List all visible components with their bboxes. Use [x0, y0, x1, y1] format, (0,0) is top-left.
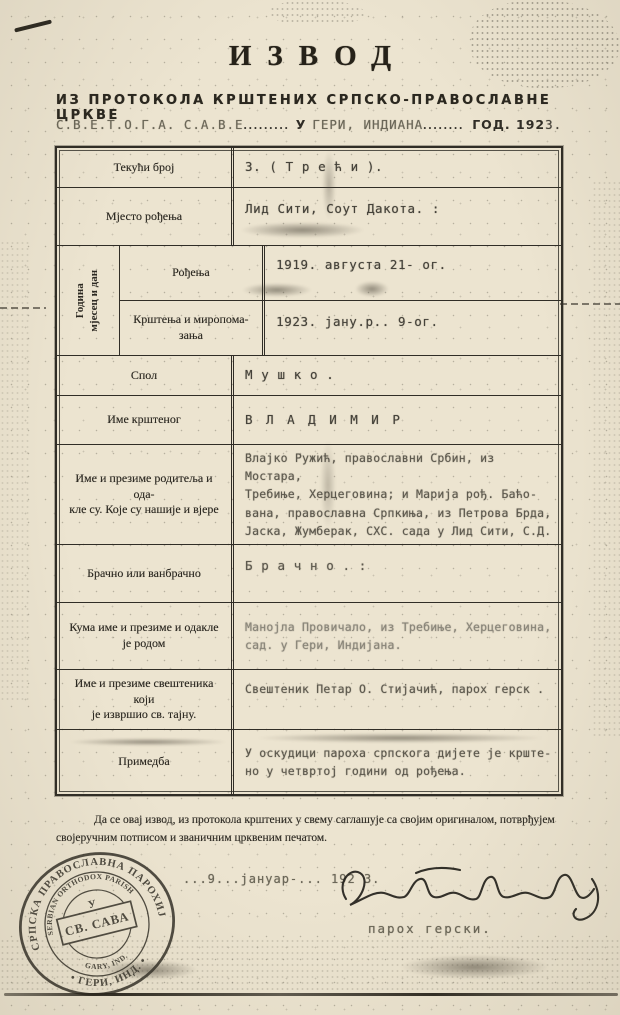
ghost-text-smudge [242, 283, 312, 297]
fold-mark [0, 307, 46, 309]
fold-mark [560, 303, 620, 305]
row-label: Брачно или ванбрачно [57, 545, 231, 602]
scan-noise-cluster [270, 0, 365, 26]
ink-streak [320, 440, 336, 530]
row-label: Спол [57, 356, 231, 395]
certification-statement: Да се овај извод, из протокола крштених … [56, 812, 584, 848]
year-label: ГОД. 192 [472, 117, 545, 132]
ghost-text-smudge [240, 222, 365, 238]
row-label: Рођења [120, 246, 263, 300]
row-value: Манојла Провичало, из Требиње, Херцегови… [231, 603, 561, 669]
table-row-sex: Спол М у ш к о . [57, 356, 561, 396]
row-group-label-cell: Година мјесец и дан [57, 246, 120, 355]
table-row-priest: Име и презиме свештеника који је извршио… [57, 670, 561, 730]
row-label: Кума име и презиме и одакле је родом [57, 603, 231, 669]
scribble-smudge [68, 738, 228, 746]
table-row-group-dates: Година мјесец и дан Рођења 1919. августа… [57, 246, 561, 356]
table-row-birth-date: Рођења 1919. августа 21- ог. [120, 246, 561, 301]
ghost-text-smudge [355, 281, 389, 297]
certificate-table: Текући број 3. ( Т р е ћ и ). Мјесто рођ… [55, 146, 563, 796]
dotted-leader: ......... [244, 118, 290, 133]
scan-noise-cluster [592, 180, 620, 740]
table-row-wedlock: Брачно или ванбрачно Б р а ч н о . : [57, 545, 561, 603]
preposition-u: У [296, 117, 307, 132]
row-group-label: Година мјесец и дан [74, 270, 102, 332]
table-row-baptism-date: Крштења и миропома- зања 1923. јану.р.. … [120, 301, 561, 355]
place-typed: ГЕРИ, ИНДИАНА [312, 117, 423, 132]
pen-stroke-mark [14, 19, 52, 32]
table-row-current-number: Текући број 3. ( Т р е ћ и ). [57, 148, 561, 188]
church-and-year-line: С.В.Е.Т.О.Г.А. С.А.В.Е ......... У ГЕРИ,… [56, 117, 586, 133]
scan-fold-line [4, 993, 618, 996]
scan-noise-cluster [470, 0, 620, 88]
dotted-leader: ........ [423, 118, 464, 133]
row-value: В Л А Д И М И Р [231, 396, 561, 444]
church-name-typed: С.В.Е.Т.О.Г.А. С.А.В.Е [56, 117, 244, 132]
row-label: Текући број [57, 148, 231, 187]
table-row-godparent: Кума име и презиме и одакле је родом Ман… [57, 603, 561, 670]
scribble-smudge [255, 733, 545, 743]
row-label: Име и презиме свештеника који је извршио… [57, 670, 231, 729]
row-label: Мјесто рођења [57, 188, 231, 245]
scan-noise-cluster [0, 240, 30, 700]
bottom-smudge [400, 955, 550, 979]
row-group-subrows: Рођења 1919. августа 21- ог. Крштења и м… [120, 246, 561, 355]
table-row-baptized-name: Име крштеног В Л А Д И М И Р [57, 396, 561, 445]
table-row-parents: Име и презиме родитеља и ода- кле су. Ко… [57, 445, 561, 545]
church-stamp: СРПСКА ПРАВОСЛАВНА ПАРОХИЈА • ГЕРИ, ИНД.… [10, 846, 184, 998]
year-typed: 3. [545, 117, 562, 132]
row-value: М у ш к о . [231, 356, 561, 395]
row-value: Б р а ч н о . : [231, 545, 561, 602]
ink-streak [322, 150, 336, 220]
priest-signature [330, 853, 610, 933]
row-label: Крштења и миропома- зања [120, 301, 263, 355]
row-value: Свештеник Петар О. Стијачић, парох герск… [231, 670, 561, 729]
baptism-certificate-scan: ИЗВОД ИЗ ПРОТОКОЛА КРШТЕНИХ СРПСКО-ПРАВО… [0, 0, 620, 1015]
row-label: Име и презиме родитеља и ода- кле су. Ко… [57, 445, 231, 544]
row-value: 3. ( Т р е ћ и ). [231, 148, 561, 187]
row-value: 1923. јану.р.. 9-ог. [262, 301, 561, 355]
row-label: Име крштеног [57, 396, 231, 444]
row-value: Влајко Ружић, православни Србин, из Мост… [231, 445, 561, 544]
